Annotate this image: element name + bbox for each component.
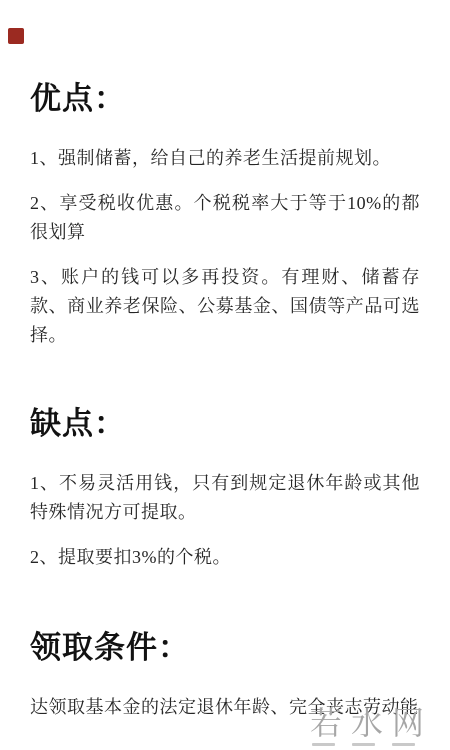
- advantage-item-1: 1、强制储蓄，给自己的养老生活提前规划。: [30, 144, 420, 173]
- watermark-subtext-bar: [312, 743, 335, 746]
- watermark: 若水网: [310, 706, 433, 746]
- disadvantage-item-2: 2、提取要扣3%的个税。: [30, 543, 420, 572]
- watermark-subtext-bar: [352, 743, 375, 746]
- section-heading-disadvantages: 缺点：: [30, 405, 420, 443]
- section-heading-claim-conditions: 领取条件：: [30, 629, 420, 667]
- watermark-text: 若水网: [310, 706, 433, 740]
- watermark-subtext: [310, 743, 433, 746]
- brand-square: [8, 28, 24, 44]
- article-page: 优点： 1、强制储蓄，给自己的养老生活提前规划。 2、享受税收优惠。个税税率大于…: [0, 0, 450, 750]
- advantage-item-2: 2、享受税收优惠。个税税率大于等于10%的都很划算: [30, 189, 420, 247]
- section-heading-advantages: 优点：: [30, 80, 420, 118]
- disadvantage-item-1: 1、不易灵活用钱，只有到规定退休年龄或其他特殊情况方可提取。: [30, 469, 420, 527]
- advantage-item-3: 3、账户的钱可以多再投资。有理财、储蓄存款、商业养老保险、公募基金、国债等产品可…: [30, 263, 420, 350]
- watermark-subtext-bar: [392, 743, 415, 746]
- article-content: 优点： 1、强制储蓄，给自己的养老生活提前规划。 2、享受税收优惠。个税税率大于…: [0, 80, 450, 722]
